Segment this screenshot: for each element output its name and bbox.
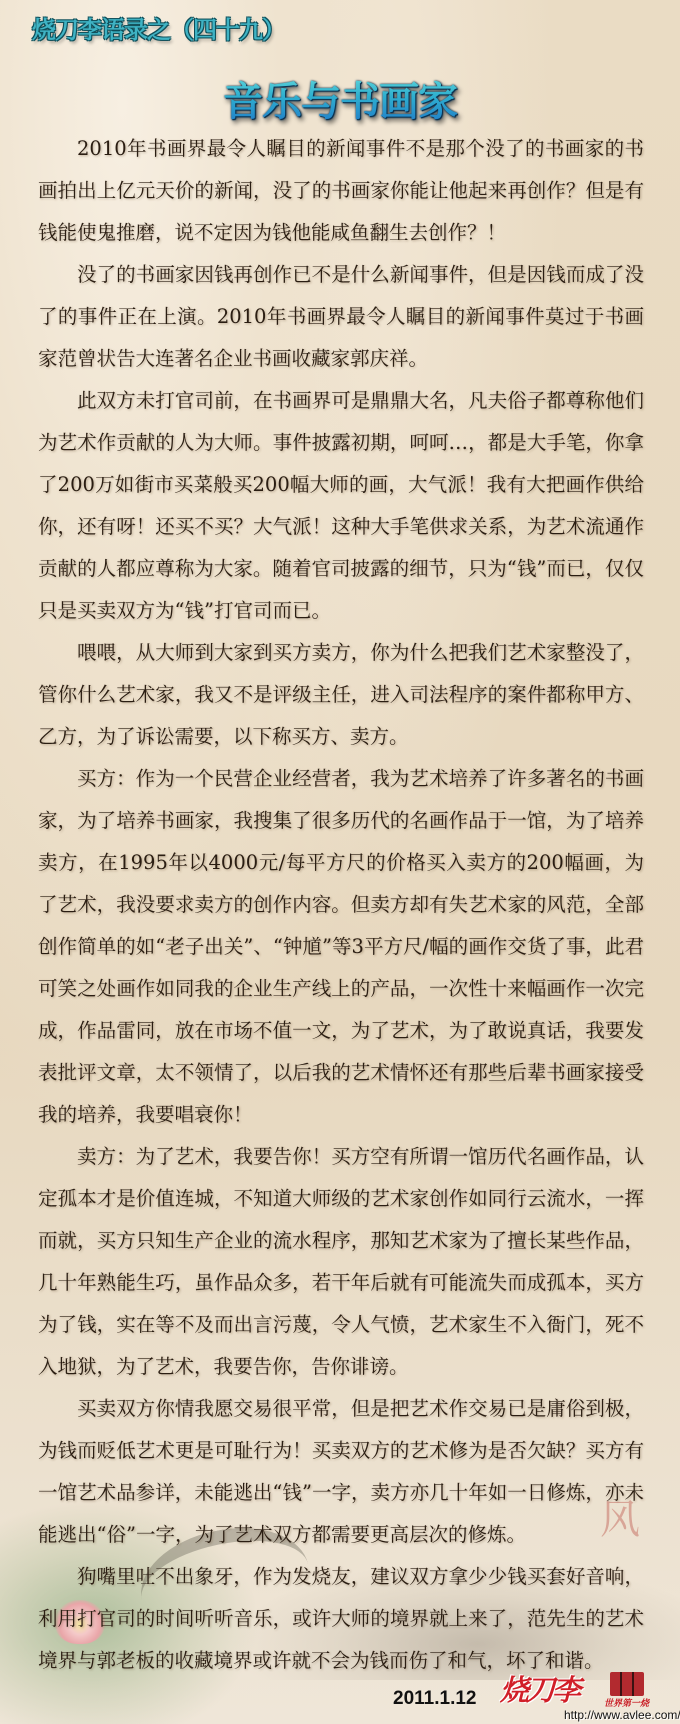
publish-date: 2011.1.12 [393,1688,476,1710]
brand-logo[interactable]: 烧刀李 世界第一烧 http://www.avlee.com/ [500,1672,680,1724]
speaker-icon [610,1672,644,1696]
page-title: 音乐与书画家 [0,70,680,127]
logo-wordmark: 烧刀李 [500,1672,604,1710]
article-body: 2010年书画界最令人瞩目的新闻事件不是那个没了的书画家的书画拍出上亿元天价的新… [38,128,644,1682]
paragraph: 买卖双方你情我愿交易很平常，但是把艺术作交易已是庸俗到极，为钱而贬低艺术更是可耻… [38,1388,644,1556]
paragraph: 卖方：为了艺术，我要告你！买方空有所谓一馆历代名画作品，认定孤本才是价值连城，不… [38,1136,644,1388]
paragraph: 买方：作为一个民营企业经营者，我为艺术培养了许多著名的书画家，为了培养书画家，我… [38,758,644,1136]
paragraph: 狗嘴里吐不出象牙，作为发烧友，建议双方拿少少钱买套好音响，利用打官司的时间听听音… [38,1556,644,1682]
paragraph: 喂喂，从大师到大家到买方卖方，你为什么把我们艺术家整没了，管你什么艺术家，我又不… [38,632,644,758]
paragraph: 2010年书画界最令人瞩目的新闻事件不是那个没了的书画家的书画拍出上亿元天价的新… [38,128,644,254]
website-url[interactable]: http://www.avlee.com/ [564,1708,680,1722]
paragraph: 没了的书画家因钱再创作已不是什么新闻事件，但是因钱而成了没了的事件正在上演。20… [38,254,644,380]
paragraph: 此双方未打官司前，在书画界可是鼎鼎大名，凡夫俗子都尊称他们为艺术作贡献的人为大师… [38,380,644,632]
series-title: 烧刀李语录之（四十九） [32,10,285,45]
